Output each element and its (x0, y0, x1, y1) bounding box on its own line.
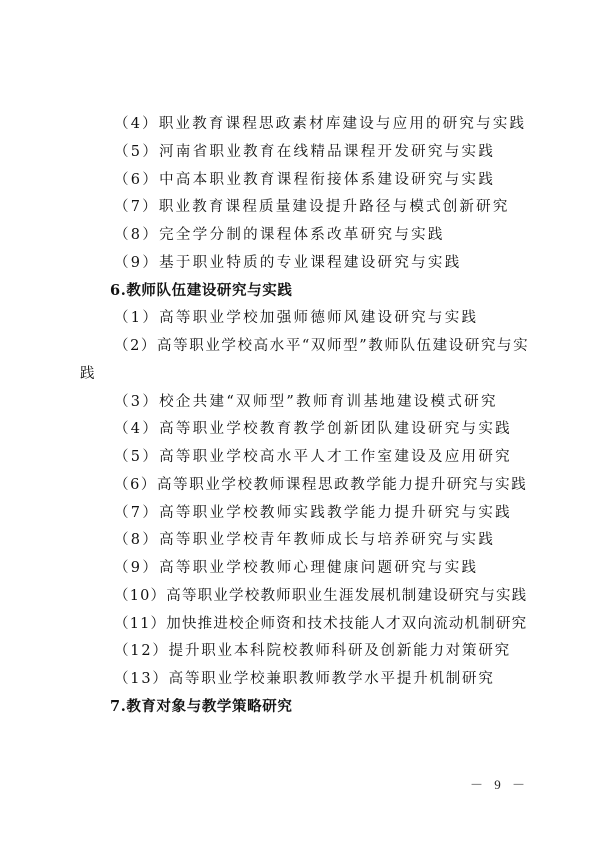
list-item: （13）高等职业学校兼职教师教学水平提升机制研究 (80, 670, 554, 688)
list-item: （4）职业教育课程思政素材库建设与应用的研究与实践 (80, 115, 554, 133)
document-page: （4）职业教育课程思政素材库建设与应用的研究与实践 （5）河南省职业教育在线精品… (0, 0, 594, 842)
list-item: （6）中高本职业教育课程衔接体系建设研究与实践 (80, 171, 554, 189)
list-item: （6）高等职业学校教师课程思政教学能力提升研究与实践 (80, 476, 554, 494)
list-item: （4）高等职业学校教育教学创新团队建设研究与实践 (80, 420, 554, 438)
list-item: （10）高等职业学校教师职业生涯发展机制建设研究与实践 (80, 587, 554, 605)
list-item: （12）提升职业本科院校教师科研及创新能力对策研究 (80, 642, 554, 660)
list-item: （9）基于职业特质的专业课程建设研究与实践 (80, 254, 554, 272)
list-item: （8）完全学分制的课程体系改革研究与实践 (80, 226, 554, 244)
list-item: （8）高等职业学校青年教师成长与培养研究与实践 (80, 531, 554, 549)
list-item: （5）河南省职业教育在线精品课程开发研究与实践 (80, 143, 554, 161)
list-item: （7）职业教育课程质量建设提升路径与模式创新研究 (80, 198, 554, 216)
list-item: （7）高等职业学校教师实践教学能力提升研究与实践 (80, 504, 554, 522)
section-heading: 6.教师队伍建设研究与实践 (80, 282, 550, 300)
list-item: （3）校企共建“双师型”教师育训基地建设模式研究 (80, 393, 554, 411)
section-heading: 7.教育对象与教学策略研究 (80, 698, 550, 716)
list-item-continuation: 践 (80, 365, 520, 383)
list-item: （11）加快推进校企师资和技术技能人才双向流动机制研究 (80, 615, 554, 633)
page-number: － 9 － (470, 774, 529, 793)
list-item: （5）高等职业学校高水平人才工作室建设及应用研究 (80, 448, 554, 466)
list-item: （9）高等职业学校教师心理健康问题研究与实践 (80, 559, 554, 577)
list-item: （1）高等职业学校加强师德师风建设研究与实践 (80, 309, 554, 327)
list-item: （2）高等职业学校高水平“双师型”教师队伍建设研究与实 (80, 337, 554, 355)
